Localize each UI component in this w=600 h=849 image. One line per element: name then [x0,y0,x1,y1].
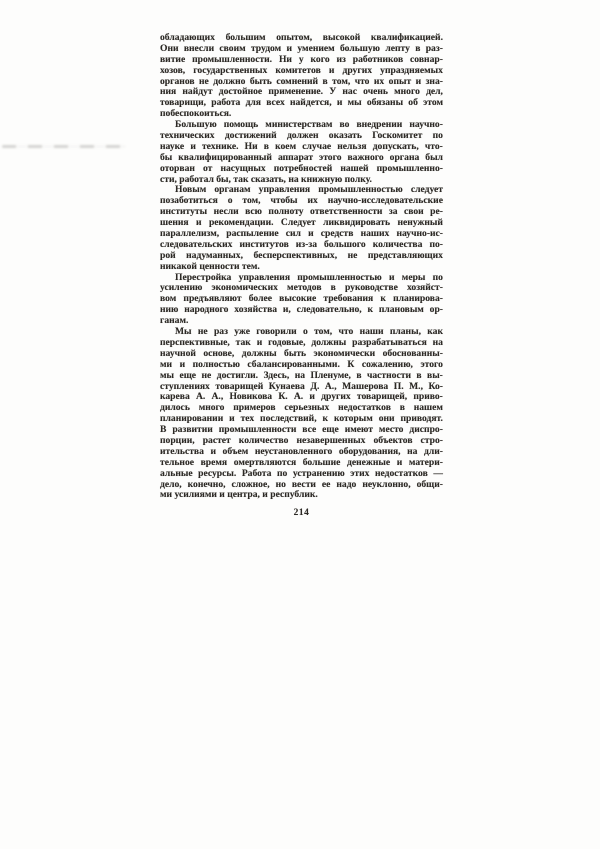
scanned-page: обладающихбольшимопытом,высокойквалифика… [0,0,600,849]
text-line: оторванотнасущныхпотребностейнашейпромыш… [160,164,443,175]
paragraph: Новыморганамуправленияпромышленностьюсле… [160,185,443,272]
text-line: тельноевремяомертвляютсябольшиеденежныеи… [160,458,443,469]
paragraph: Мынеразужеговорилиотом,чтонашипланы,какп… [160,327,443,501]
paragraphs-container: обладающихбольшимопытом,высокойквалифика… [160,33,443,501]
scan-smudge [2,145,126,148]
paragraph: Перестройкауправленияпромышленностьюимер… [160,273,443,327]
text-line: никакой ценности тем. [160,262,443,273]
text-line: хозов,государственныхкомитетовидругихупр… [160,66,443,77]
paragraph: обладающихбольшимопытом,высокойквалифика… [160,33,443,120]
paragraph: Большуюпомощьминистерствамвовнедрениинау… [160,120,443,185]
text-line: мииполностьюсбалансированными.Ксожалению… [160,360,443,371]
text-line: мыещенедостигли.Здесь,наПленуме,вчастнос… [160,371,443,382]
text-block: обладающихбольшимопытом,высокойквалифика… [160,33,443,518]
text-line: ниюнародногохозяйстваи,следовательно,кпл… [160,305,443,316]
page-number: 214 [160,508,443,518]
text-line: альныересурсы.Работапоустранениюэтихнедо… [160,469,443,480]
text-line: ми усилиями и центра, и республик. [160,490,443,501]
